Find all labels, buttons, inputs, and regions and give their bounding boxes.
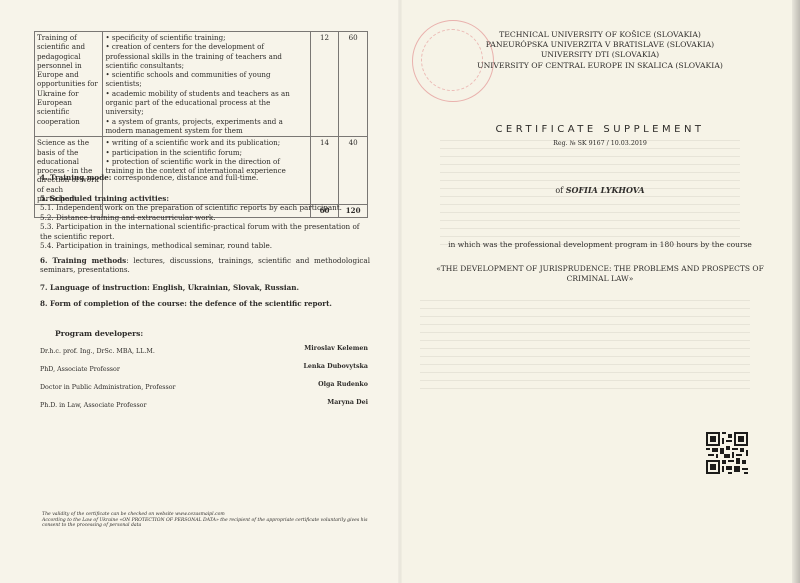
table-row: Training of scientific and pedagogical p… [35, 32, 368, 137]
developer-role: Ph.D. in Law, Associate Professor [40, 402, 147, 409]
training-mode: 4. Training mode: correspondence, distan… [40, 173, 370, 182]
developer-name: Maryna Dei [327, 399, 368, 406]
university-name: PANEURÓPSKA UNIVERZITA V BRATISLAVE (SLO… [400, 40, 800, 50]
developer-name: Lenka Dubovytska [303, 363, 368, 370]
holder-name: SOFIIA LYKHOVA [566, 185, 645, 195]
module-hours-b: 60 [339, 32, 368, 137]
training-methods: 6. Training methods: lectures, discussio… [40, 256, 370, 275]
registration-number: Reg. № SK 9167 / 10.03.2019 [400, 140, 800, 147]
footnote: The validity of the certificate can be c… [42, 512, 382, 529]
page-edge [792, 0, 800, 583]
bleed-through-text [420, 300, 750, 396]
qr-code-icon[interactable] [706, 432, 748, 474]
developer-name: Olga Rudenko [318, 381, 368, 388]
training-mode-label: 4. Training mode: [40, 173, 111, 182]
topic-item: • creation of centers for the developmen… [105, 42, 307, 70]
module-name: Training of scientific and pedagogical p… [35, 32, 103, 137]
holder-prefix: of [555, 186, 565, 195]
topic-item: • scientific schools and communities of … [105, 70, 307, 89]
universities-list: TECHNICAL UNIVERSITY OF KOŠICE (SLOVAKIA… [400, 30, 800, 71]
certificate-holder: of SOFIIA LYKHOVA [400, 185, 800, 195]
scheduled-activities-label: 5. Scheduled training activities: [40, 194, 370, 203]
topic-item: • academic mobility of students and teac… [105, 89, 307, 117]
certificate-title: CERTIFICATE SUPPLEMENT [400, 124, 800, 135]
university-name: UNIVERSITY OF CENTRAL EUROPE IN SKALICA … [400, 61, 800, 71]
university-name: UNIVERSITY DTI (SLOVAKIA) [400, 50, 800, 60]
developer-role: Dr.h.c. prof. Ing., DrSc. MBA, LL.M. [40, 348, 155, 355]
activity-item: 5.2. Distance training and extracurricul… [40, 213, 370, 222]
developer-name: Miroslav Kelemen [304, 345, 368, 352]
activity-item: 5.3. Participation in the international … [40, 222, 370, 241]
training-mode-value: correspondence, distance and full-time. [111, 173, 258, 182]
activity-item: 5.1. Independent work on the preparation… [40, 203, 370, 212]
university-name: TECHNICAL UNIVERSITY OF KOŠICE (SLOVAKIA… [400, 30, 800, 40]
topic-item: • a system of grants, projects, experime… [105, 117, 307, 136]
topic-item: • participation in the scientific forum; [105, 148, 307, 157]
form-of-completion: 8. Form of completion of the course: the… [40, 299, 370, 308]
course-intro: in which was the professional developmen… [400, 240, 800, 249]
training-methods-label: 6. Training methods [40, 256, 126, 265]
module-hours-a: 12 [310, 32, 339, 137]
page-fold [398, 0, 402, 583]
activity-item: 5.4. Participation in trainings, methodi… [40, 241, 370, 250]
developer-role: PhD, Associate Professor [40, 366, 120, 373]
topic-item: • specificity of scientific training; [105, 33, 307, 42]
module-topics: • specificity of scientific training; • … [103, 32, 310, 137]
language-of-instruction: 7. Language of instruction: English, Ukr… [40, 283, 370, 292]
footnote-data-consent: According to the Law of Ukraine «ON PROT… [42, 518, 382, 529]
scheduled-activities: 5. Scheduled training activities: 5.1. I… [40, 194, 370, 250]
bleed-through-table [440, 140, 740, 252]
topic-item: • writing of a scientific work and its p… [105, 138, 307, 147]
developers-title: Program developers: [55, 329, 143, 338]
language-label: 7. Language of instruction: English, Ukr… [40, 283, 299, 292]
modules-table: Training of scientific and pedagogical p… [34, 31, 368, 218]
completion-label: 8. Form of completion of the course: the… [40, 299, 332, 308]
developer-role: Doctor in Public Administration, Profess… [40, 384, 176, 391]
course-title: «THE DEVELOPMENT OF JURISPRUDENCE: THE P… [420, 264, 780, 284]
